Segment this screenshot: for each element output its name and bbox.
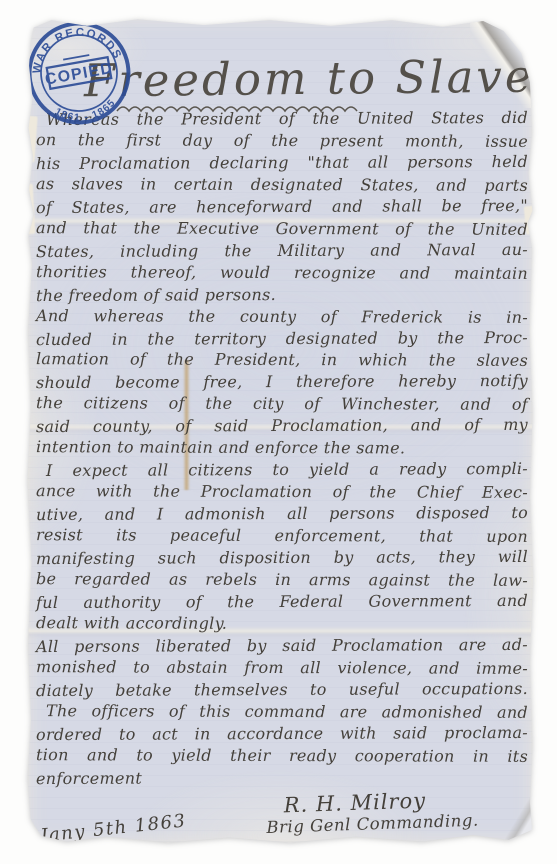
war-records-stamp-svg: WAR RECORDS 1861 - 1865 COPIED xyxy=(18,12,141,135)
signature-block: R. H. Milroy Brig Genl Commanding. xyxy=(265,786,496,837)
handwritten-line: and that the Executive Government of the… xyxy=(36,217,528,241)
photo-background: Freedom to Slaves! Whereas the President… xyxy=(0,0,557,864)
handwritten-line: And whereas the county of Frederick is i… xyxy=(36,305,528,329)
handwritten-line: ful authority of the Federal Government … xyxy=(36,590,528,614)
handwritten-line: on the first day of the present month, i… xyxy=(36,129,528,153)
body-text: Whereas the President of the United Stat… xyxy=(36,108,528,789)
handwritten-line: ordered to act in accordance with said p… xyxy=(36,722,528,746)
handwritten-line: monished to abstain from all violence, a… xyxy=(36,656,528,680)
handwritten-line: thorities thereof, would recognize and m… xyxy=(36,261,528,285)
war-records-stamp: WAR RECORDS 1861 - 1865 COPIED xyxy=(18,12,141,135)
handwritten-line: the freedom of said persons. xyxy=(36,283,528,307)
handwritten-line: tion and to yield their ready cooperatio… xyxy=(36,744,528,768)
date-line: Jany 5th 1863 xyxy=(39,810,187,846)
handwritten-line: utive, and I admonish all persons dispos… xyxy=(36,502,528,526)
handwritten-line: of States, are henceforward and shall be… xyxy=(36,195,528,219)
handwritten-line: All persons liberated by said Proclamati… xyxy=(36,634,528,658)
paper-wrap: Freedom to Slaves! Whereas the President… xyxy=(26,16,534,844)
torn-edge-patch xyxy=(22,184,36,235)
handwritten-line: should become free, I therefore hereby n… xyxy=(36,370,528,394)
stamp-divider-line xyxy=(63,55,89,60)
paper-sheet: Freedom to Slaves! Whereas the President… xyxy=(26,16,534,844)
handwritten-line: resist its peaceful enforcement, that up… xyxy=(36,524,528,548)
handwritten-line: enforcement xyxy=(36,766,528,790)
handwritten-line: I expect all citizens to yield a ready c… xyxy=(36,458,528,482)
handwritten-line: be regarded as rebels in arms against th… xyxy=(36,568,528,592)
handwritten-line: intention to maintain and enforce the sa… xyxy=(36,436,528,460)
handwritten-line: as slaves in certain designated States, … xyxy=(36,173,528,197)
handwritten-line: dealt with accordingly. xyxy=(36,612,528,636)
handwritten-line: lamation of the President, in which the … xyxy=(36,349,528,373)
document-title: Freedom to Slaves! xyxy=(84,50,525,108)
handwritten-line: The officers of this command are admonis… xyxy=(36,700,528,724)
handwritten-line: cluded in the territory designated by th… xyxy=(36,326,528,350)
handwritten-line: diately betake themselves to useful occu… xyxy=(36,678,528,702)
handwritten-line: his Proclamation declaring "that all per… xyxy=(36,151,528,175)
handwritten-line: States, including the Military and Naval… xyxy=(36,239,528,263)
corner-fold-bottom-right xyxy=(498,780,534,840)
handwritten-line: manifesting such disposition by acts, th… xyxy=(36,546,528,570)
handwritten-line: the citizens of the city of Winchester, … xyxy=(36,393,528,417)
handwritten-line: said county, of said Proclamation, and o… xyxy=(36,414,528,438)
handwritten-line: ance with the Proclamation of the Chief … xyxy=(36,480,528,504)
